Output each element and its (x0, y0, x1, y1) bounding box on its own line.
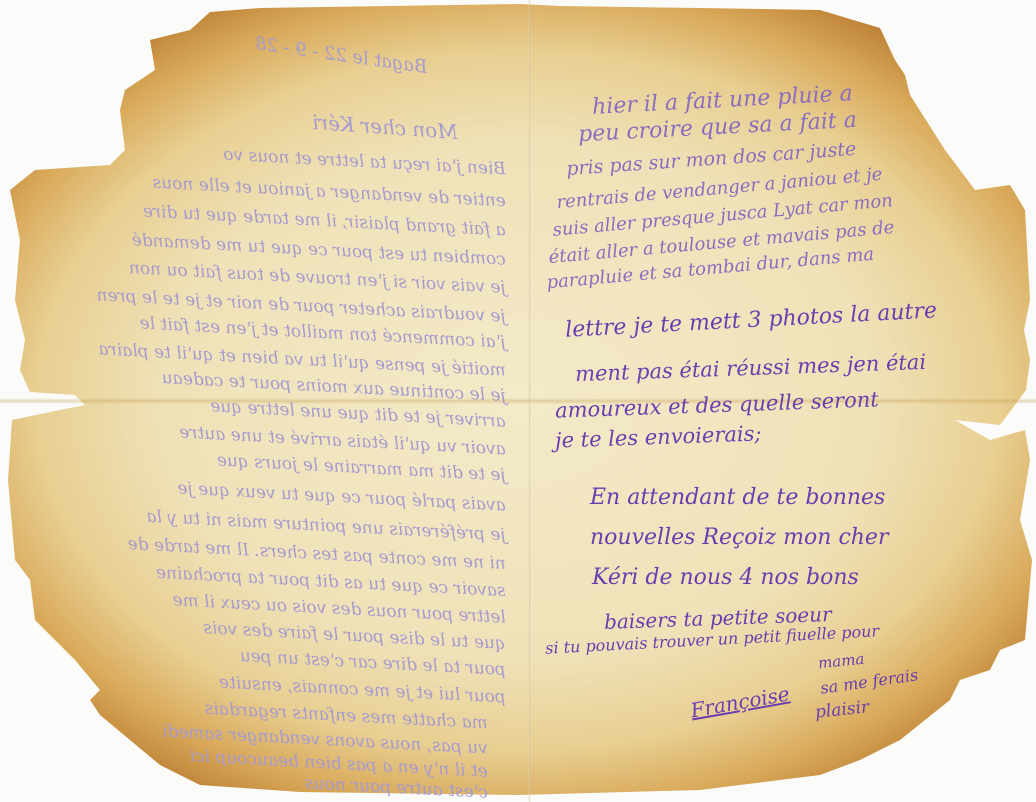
date-line: Bagat le 22 - 9 - 28 (254, 33, 429, 78)
salutation: Mon cher Kéri (312, 110, 459, 144)
letter-line: Kéri de nous 4 nos bons (592, 565, 859, 590)
letter-line: En attendant de te bonnes (590, 485, 885, 510)
left-line: Bien j'ai reçu ta lettre et nous vo (223, 145, 507, 180)
letter-line: nouvelles Reçoiz mon cher (590, 525, 888, 550)
left-page-bleed-through: Bagat le 22 - 9 - 28 Mon cher Kéri Bien … (0, 0, 528, 802)
